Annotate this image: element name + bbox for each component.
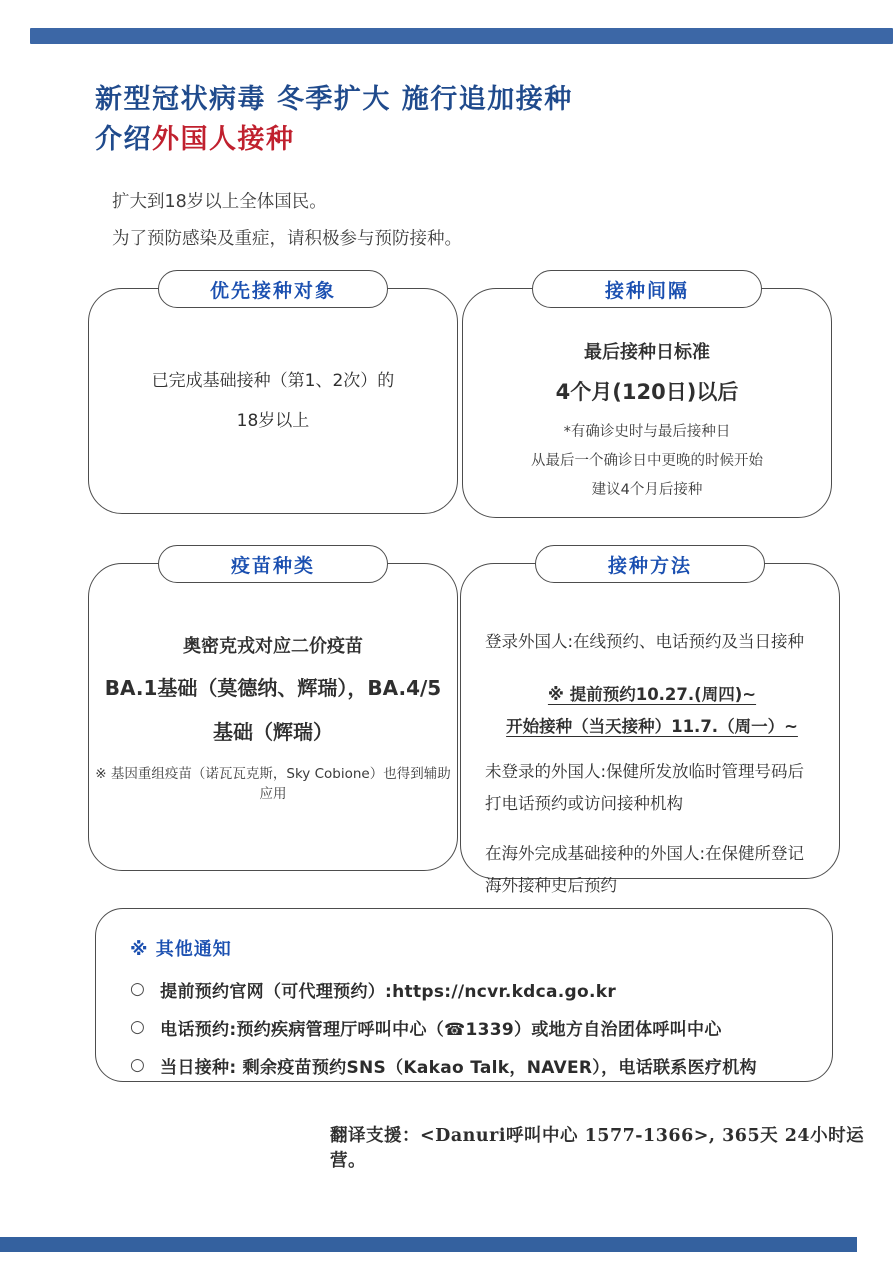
box-priority-targets: 优先接种对象 已完成基础接种（第1、2次）的 18岁以上	[88, 288, 458, 514]
vaccine-list: BA.1基础（莫德纳、辉瑞），BA.4/5基础（辉瑞）	[89, 666, 457, 754]
notice-item-sameday: ○ 当日接种: 剩余疫苗预约SNS（Kakao Talk，NAVER），电话联系…	[130, 1053, 808, 1078]
box-other-notices: ※ 其他通知 ○ 提前预约官网（可代理预约）:https://ncvr.kdca…	[95, 908, 833, 1082]
circle-bullet-icon: ○	[130, 981, 145, 998]
intro-text: 扩大到18岁以上全体国民。 为了预防感染及重症，请积极参与预防接种。	[112, 184, 462, 258]
interval-duration: 4个月(120日)以后	[556, 376, 739, 406]
title-line1-text: 新型冠状病毒 冬季扩大 施行追加接种	[95, 84, 573, 115]
box-priority-targets-body: 已完成基础接种（第1、2次）的 18岁以上	[89, 289, 457, 513]
page-title: 新型冠状病毒 冬季扩大 施行追加接种 介绍外国人接种	[95, 80, 573, 160]
interval-standard: 最后接种日标准	[584, 338, 710, 364]
interval-note3: 建议4个月后接种	[531, 476, 763, 505]
circle-bullet-icon: ○	[130, 1057, 145, 1074]
box-interval: 接种间隔 最后接种日标准 4个月(120日)以后 *有确诊史时与最后接种日 从最…	[462, 288, 832, 518]
translation-support-note: 翻译支援：<Danuri呼叫中心 1577-1366>, 365天 24小时运营…	[330, 1122, 893, 1172]
title-line2-blue-text: 介绍	[95, 124, 152, 155]
interval-notes: *有确诊史时与最后接种日 从最后一个确诊日中更晚的时候开始 建议4个月后接种	[531, 418, 763, 505]
method-start-date: 开始接种（当天接种）11.7.（周一）~	[485, 712, 819, 742]
method-reservation-date: ※ 提前预约10.27.(周四)~	[485, 680, 819, 710]
notice-item-phone: ○ 电话预约:预约疾病管理厅呼叫中心（☎1339）或地方自治团体呼叫中心	[130, 1015, 808, 1040]
top-decorative-bar	[30, 28, 893, 44]
box-vaccine-types: 疫苗种类 奥密克戎对应二价疫苗 BA.1基础（莫德纳、辉瑞），BA.4/5基础（…	[88, 563, 458, 871]
intro-line2: 为了预防感染及重症，请积极参与预防接种。	[112, 221, 462, 258]
notice-item-phone-text: 电话预约:预约疾病管理厅呼叫中心（☎1339）或地方自治团体呼叫中心	[160, 1015, 722, 1040]
notice-item-sameday-text: 当日接种: 剩余疫苗预约SNS（Kakao Talk，NAVER），电话联系医疗…	[160, 1053, 757, 1078]
box-method: 接种方法 登录外国人:在线预约、电话预约及当日接种 ※ 提前预约10.27.(周…	[460, 563, 840, 879]
title-line1: 新型冠状病毒 冬季扩大 施行追加接种	[95, 80, 573, 120]
priority-line2: 18岁以上	[237, 401, 310, 441]
interval-note1: *有确诊史时与最后接种日	[531, 418, 763, 447]
box-interval-body: 最后接种日标准 4个月(120日)以后 *有确诊史时与最后接种日 从最后一个确诊…	[463, 289, 831, 517]
other-notices-header: ※ 其他通知	[130, 935, 808, 961]
priority-line1: 已完成基础接种（第1、2次）的	[152, 361, 395, 401]
method-registered: 登录外国人:在线预约、电话预约及当日接种	[485, 626, 819, 658]
intro-line1: 扩大到18岁以上全体国民。	[112, 184, 462, 221]
box-method-body: 登录外国人:在线预约、电话预约及当日接种 ※ 提前预约10.27.(周四)~ 开…	[461, 564, 839, 878]
vaccine-bivalent: 奥密克戎对应二价疫苗	[183, 632, 363, 658]
poster-page: 新型冠状病毒 冬季扩大 施行追加接种 介绍外国人接种 扩大到18岁以上全体国民。…	[0, 0, 893, 1264]
box-vaccine-types-body: 奥密克戎对应二价疫苗 BA.1基础（莫德纳、辉瑞），BA.4/5基础（辉瑞） ※…	[89, 564, 457, 870]
other-notices-body: ※ 其他通知 ○ 提前预约官网（可代理预约）:https://ncvr.kdca…	[96, 909, 832, 1078]
title-line2-red-text: 外国人接种	[152, 124, 295, 155]
method-unregistered: 未登录的外国人:保健所发放临时管理号码后打电话预约或访问接种机构	[485, 756, 819, 820]
notice-item-website: ○ 提前预约官网（可代理预约）:https://ncvr.kdca.go.kr	[130, 977, 808, 1002]
vaccine-note: ※ 基因重组疫苗（诺瓦瓦克斯，Sky Cobione）也得到辅助应用	[89, 762, 457, 802]
interval-note2: 从最后一个确诊日中更晚的时候开始	[531, 447, 763, 476]
circle-bullet-icon: ○	[130, 1019, 145, 1036]
method-overseas: 在海外完成基础接种的外国人:在保健所登记海外接种史后预约	[485, 838, 819, 902]
notice-item-website-text: 提前预约官网（可代理预约）:https://ncvr.kdca.go.kr	[160, 977, 616, 1002]
title-line2: 介绍外国人接种	[95, 120, 573, 160]
bottom-decorative-bar	[0, 1237, 857, 1252]
